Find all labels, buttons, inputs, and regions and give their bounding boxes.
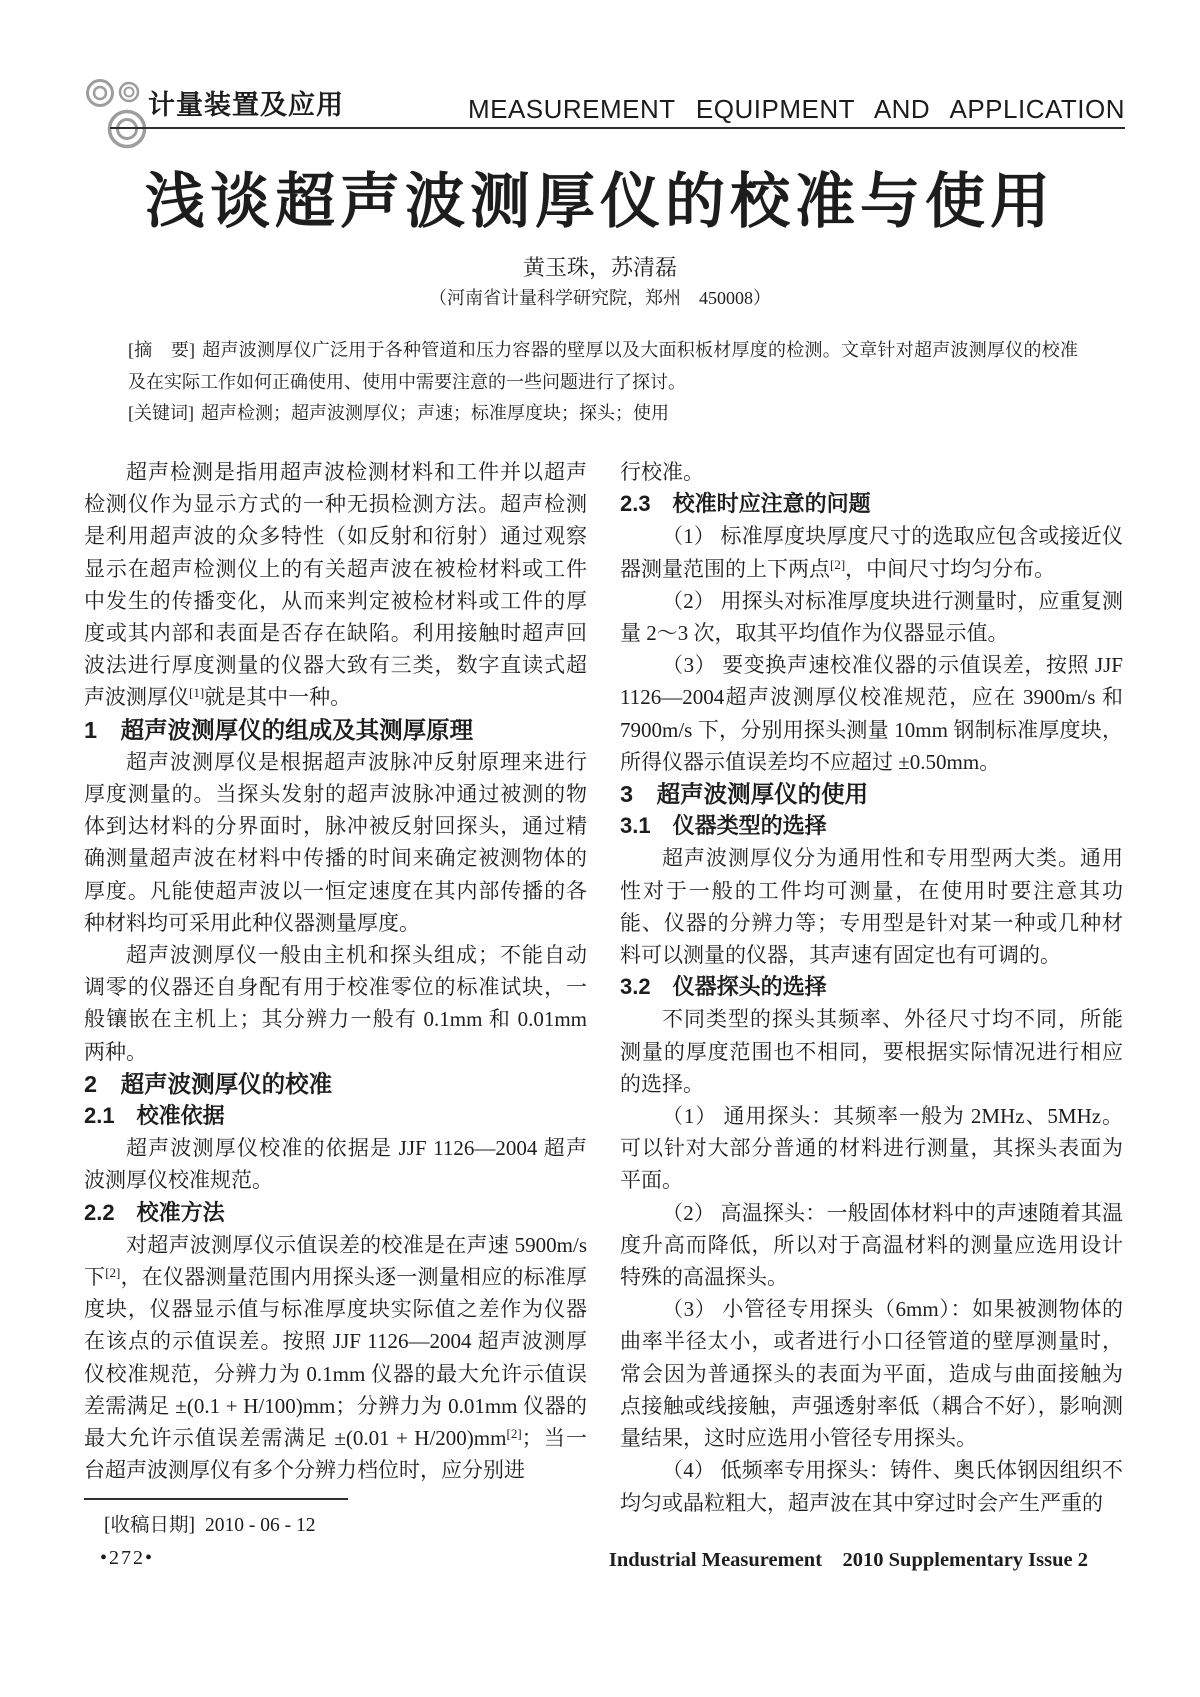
- column-section-label: 计量装置及应用: [148, 83, 344, 122]
- body-paragraph: 不同类型的探头其频率、外径尺寸均不同，所能测量的厚度范围也不相同，要根据实际情况…: [620, 1003, 1123, 1100]
- subsection-heading: 2.1 校准依据: [84, 1100, 587, 1132]
- abstract-text: 超声波测厚仪广泛用于各种管道和压力容器的壁厚以及大面积板材厚度的检测。文章针对超…: [128, 340, 1078, 392]
- received-date-note: [收稿日期]2010 - 06 - 12: [104, 1509, 316, 1537]
- body-paragraph: 超声波测厚仪分为通用性和专用型两大类。通用性对于一般的工件均可测量，在使用时要注…: [620, 842, 1123, 971]
- body-column-right: 行校准。2.3 校准时应注意的问题（1） 标准厚度块厚度尺寸的选取应包含或接近仪…: [620, 456, 1123, 1519]
- body-paragraph: 行校准。: [620, 456, 1123, 488]
- citation-ref: [2]: [105, 1265, 120, 1280]
- received-date-label: [收稿日期]: [104, 1515, 195, 1536]
- page-number: •272•: [100, 1547, 154, 1570]
- body-paragraph: （1） 通用探头：其频率一般为 2MHz、5MHz。可以针对大部分普通的材料进行…: [620, 1100, 1123, 1197]
- citation-ref: [1]: [189, 685, 204, 700]
- section-heading: 2 超声波测厚仪的校准: [84, 1068, 587, 1100]
- section-heading: 1 超声波测厚仪的组成及其测厚原理: [84, 714, 587, 746]
- journal-page: 计量装置及应用 MEASUREMENT EQUIPMENT AND APPLIC…: [0, 0, 1200, 1697]
- body-paragraph: 超声波测厚仪是根据超声波脉冲反射原理来进行厚度测量的。当探头发射的超声波脉冲通过…: [84, 746, 587, 939]
- keywords-label: [关键词]: [128, 403, 194, 423]
- abstract-label: [摘 要]: [128, 340, 195, 360]
- body-paragraph: （4） 低频率专用探头：铸件、奥氏体钢因组织不均匀或晶粒粗大，超声波在其中穿过时…: [620, 1454, 1123, 1518]
- subsection-heading: 3.2 仪器探头的选择: [620, 971, 1123, 1003]
- citation-ref: [2]: [830, 557, 845, 572]
- section-heading: 3 超声波测厚仪的使用: [620, 778, 1123, 810]
- article-affiliation: （河南省计量科学研究院，郑州 450008）: [0, 284, 1200, 310]
- subsection-heading: 2.2 校准方法: [84, 1197, 587, 1229]
- body-paragraph: 对超声波测厚仪示值误差的校准是在声速 5900m/s 下[2]，在仪器测量范围内…: [84, 1229, 587, 1487]
- article-title: 浅谈超声波测厚仪的校准与使用: [0, 158, 1200, 246]
- body-paragraph: 超声检测是指用超声波检测材料和工件并以超声检测仪作为显示方式的一种无损检测方法。…: [84, 456, 587, 714]
- header-divider: [110, 127, 1125, 129]
- body-paragraph: （1） 标准厚度块厚度尺寸的选取应包含或接近仪器测量范围的上下两点[2]，中间尺…: [620, 520, 1123, 584]
- article-authors: 黄玉珠，苏清磊: [0, 251, 1200, 282]
- abstract-block: [摘 要]超声波测厚仪广泛用于各种管道和压力容器的壁厚以及大面积板材厚度的检测。…: [128, 335, 1078, 430]
- abstract-line: [摘 要]超声波测厚仪广泛用于各种管道和压力容器的壁厚以及大面积板材厚度的检测。…: [128, 335, 1078, 398]
- subsection-heading: 2.3 校准时应注意的问题: [620, 488, 1123, 520]
- body-column-left: 超声检测是指用超声波检测材料和工件并以超声检测仪作为显示方式的一种无损检测方法。…: [84, 456, 587, 1487]
- citation-ref: [2]: [506, 1426, 521, 1441]
- body-paragraph: （2） 高温探头：一般固体材料中的声速随着其温度升高而降低，所以对于高温材料的测…: [620, 1197, 1123, 1294]
- body-paragraph: 超声波测厚仪一般由主机和探头组成；不能自动调零的仪器还自身配有用于校准零位的标准…: [84, 939, 587, 1068]
- body-paragraph: （3） 小管径专用探头（6mm）：如果被测物体的曲率半径太小，或者进行小口径管道…: [620, 1293, 1123, 1454]
- keywords-text: 超声检测；超声波测厚仪；声速；标准厚度块；探头；使用: [201, 403, 669, 423]
- received-date-value: 2010 - 06 - 12: [205, 1515, 316, 1536]
- body-paragraph: （3） 要变换声速校准仪器的示值误差，按照 JJF 1126—2004超声波测厚…: [620, 649, 1123, 778]
- body-paragraph: （2） 用探头对标准厚度块进行测量时，应重复测量 2～3 次，取其平均值作为仪器…: [620, 585, 1123, 649]
- journal-footer-line: Industrial Measurement 2010 Supplementar…: [609, 1549, 1088, 1572]
- subsection-heading: 3.1 仪器类型的选择: [620, 810, 1123, 842]
- footnote-divider: [84, 1498, 348, 1500]
- journal-header-english: MEASUREMENT EQUIPMENT AND APPLICATION: [468, 94, 1125, 125]
- journal-circles-logo: [78, 68, 158, 150]
- body-paragraph: 超声波测厚仪校准的依据是 JJF 1126—2004 超声波测厚仪校准规范。: [84, 1132, 587, 1196]
- keywords-line: [关键词]超声检测；超声波测厚仪；声速；标准厚度块；探头；使用: [128, 398, 1078, 430]
